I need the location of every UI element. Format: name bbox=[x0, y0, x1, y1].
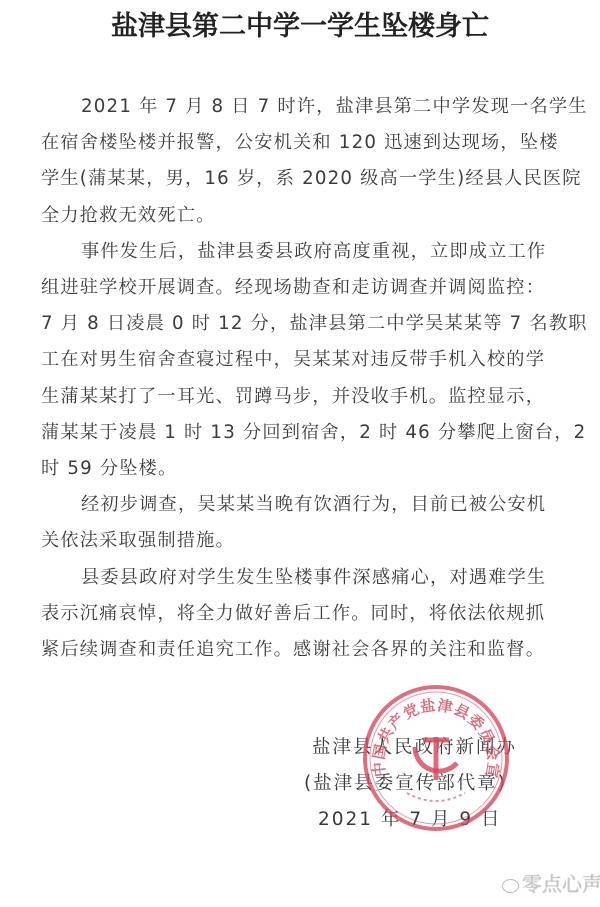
text-line: 县委县政府对学生发生坠楼事件深感痛心，对遇难学生 bbox=[41, 560, 561, 596]
signature-office: 盐津县人民政府新闻办 bbox=[310, 730, 530, 766]
paragraph-1: 2021 年 7 月 8 日 7 时许，盐津县第二中学发现一名学生 在宿舍楼坠楼… bbox=[41, 89, 561, 234]
text-line: 学生(蒲某某，男，16 岁，系 2020 级高一学生)经县人民医院 bbox=[41, 161, 561, 197]
document-body: 2021 年 7 月 8 日 7 时许，盐津县第二中学发现一名学生 在宿舍楼坠楼… bbox=[41, 89, 561, 668]
text-line: 7 月 8 日凌晨 0 时 12 分，盐津县第二中学吴某某等 7 名教职 bbox=[41, 306, 561, 342]
paragraph-4: 县委县政府对学生发生坠楼事件深感痛心，对遇难学生 表示沉痛哀悼，将全力做好善后工… bbox=[41, 560, 561, 669]
weibo-watermark: 零点心声 bbox=[502, 868, 600, 897]
paragraph-2: 事件发生后，盐津县委县政府高度重视，立即成立工作 组进驻学校开展调查。经现场勘查… bbox=[41, 234, 561, 487]
text-line: 紧后续调查和责任追究工作。感谢社会各界的关注和监督。 bbox=[41, 632, 561, 668]
text-line: 事件发生后，盐津县委县政府高度重视，立即成立工作 bbox=[41, 234, 561, 270]
signature-block: 盐津县人民政府新闻办 (盐津县委宣传部代章) 2021 年 7 月 9 日 bbox=[310, 730, 530, 838]
text-line: 表示沉痛哀悼，将全力做好善后工作。同时，将依法依规抓 bbox=[41, 596, 561, 632]
weibo-icon bbox=[502, 879, 519, 893]
text-line: 经初步调查，吴某某当晚有饮酒行为，目前已被公安机 bbox=[41, 487, 561, 523]
text-line: 2021 年 7 月 8 日 7 时许，盐津县第二中学发现一名学生 bbox=[41, 89, 561, 125]
watermark-text: 零点心声 bbox=[522, 872, 600, 896]
text-line: 生蒲某某打了一耳光、罚蹲马步，并没收手机。监控显示， bbox=[41, 379, 561, 415]
text-line: 蒲某某于凌晨 1 时 13 分回到宿舍，2 时 46 分攀爬上窗台，2 bbox=[41, 415, 561, 451]
document-title: 盐津县第二中学一学生坠楼身亡 bbox=[0, 10, 600, 44]
paragraph-3: 经初步调查，吴某某当晚有饮酒行为，目前已被公安机 关依法采取强制措施。 bbox=[41, 487, 561, 559]
signature-date: 2021 年 7 月 9 日 bbox=[310, 802, 530, 838]
text-line: 全力抢救无效死亡。 bbox=[41, 198, 561, 234]
text-line: 时 59 分坠楼。 bbox=[41, 451, 561, 487]
text-line: 工在对男生宿舍查寝过程中，吴某某对违反带手机入校的学 bbox=[41, 342, 561, 378]
text-line: 在宿舍楼坠楼并报警，公安机关和 120 迅速到达现场，坠楼 bbox=[41, 125, 561, 161]
text-line: 组进驻学校开展调查。经现场勘查和走访调查并调阅监控： bbox=[41, 270, 561, 306]
text-line: 关依法采取强制措施。 bbox=[41, 523, 561, 559]
signature-note: (盐津县委宣传部代章) bbox=[304, 766, 530, 802]
